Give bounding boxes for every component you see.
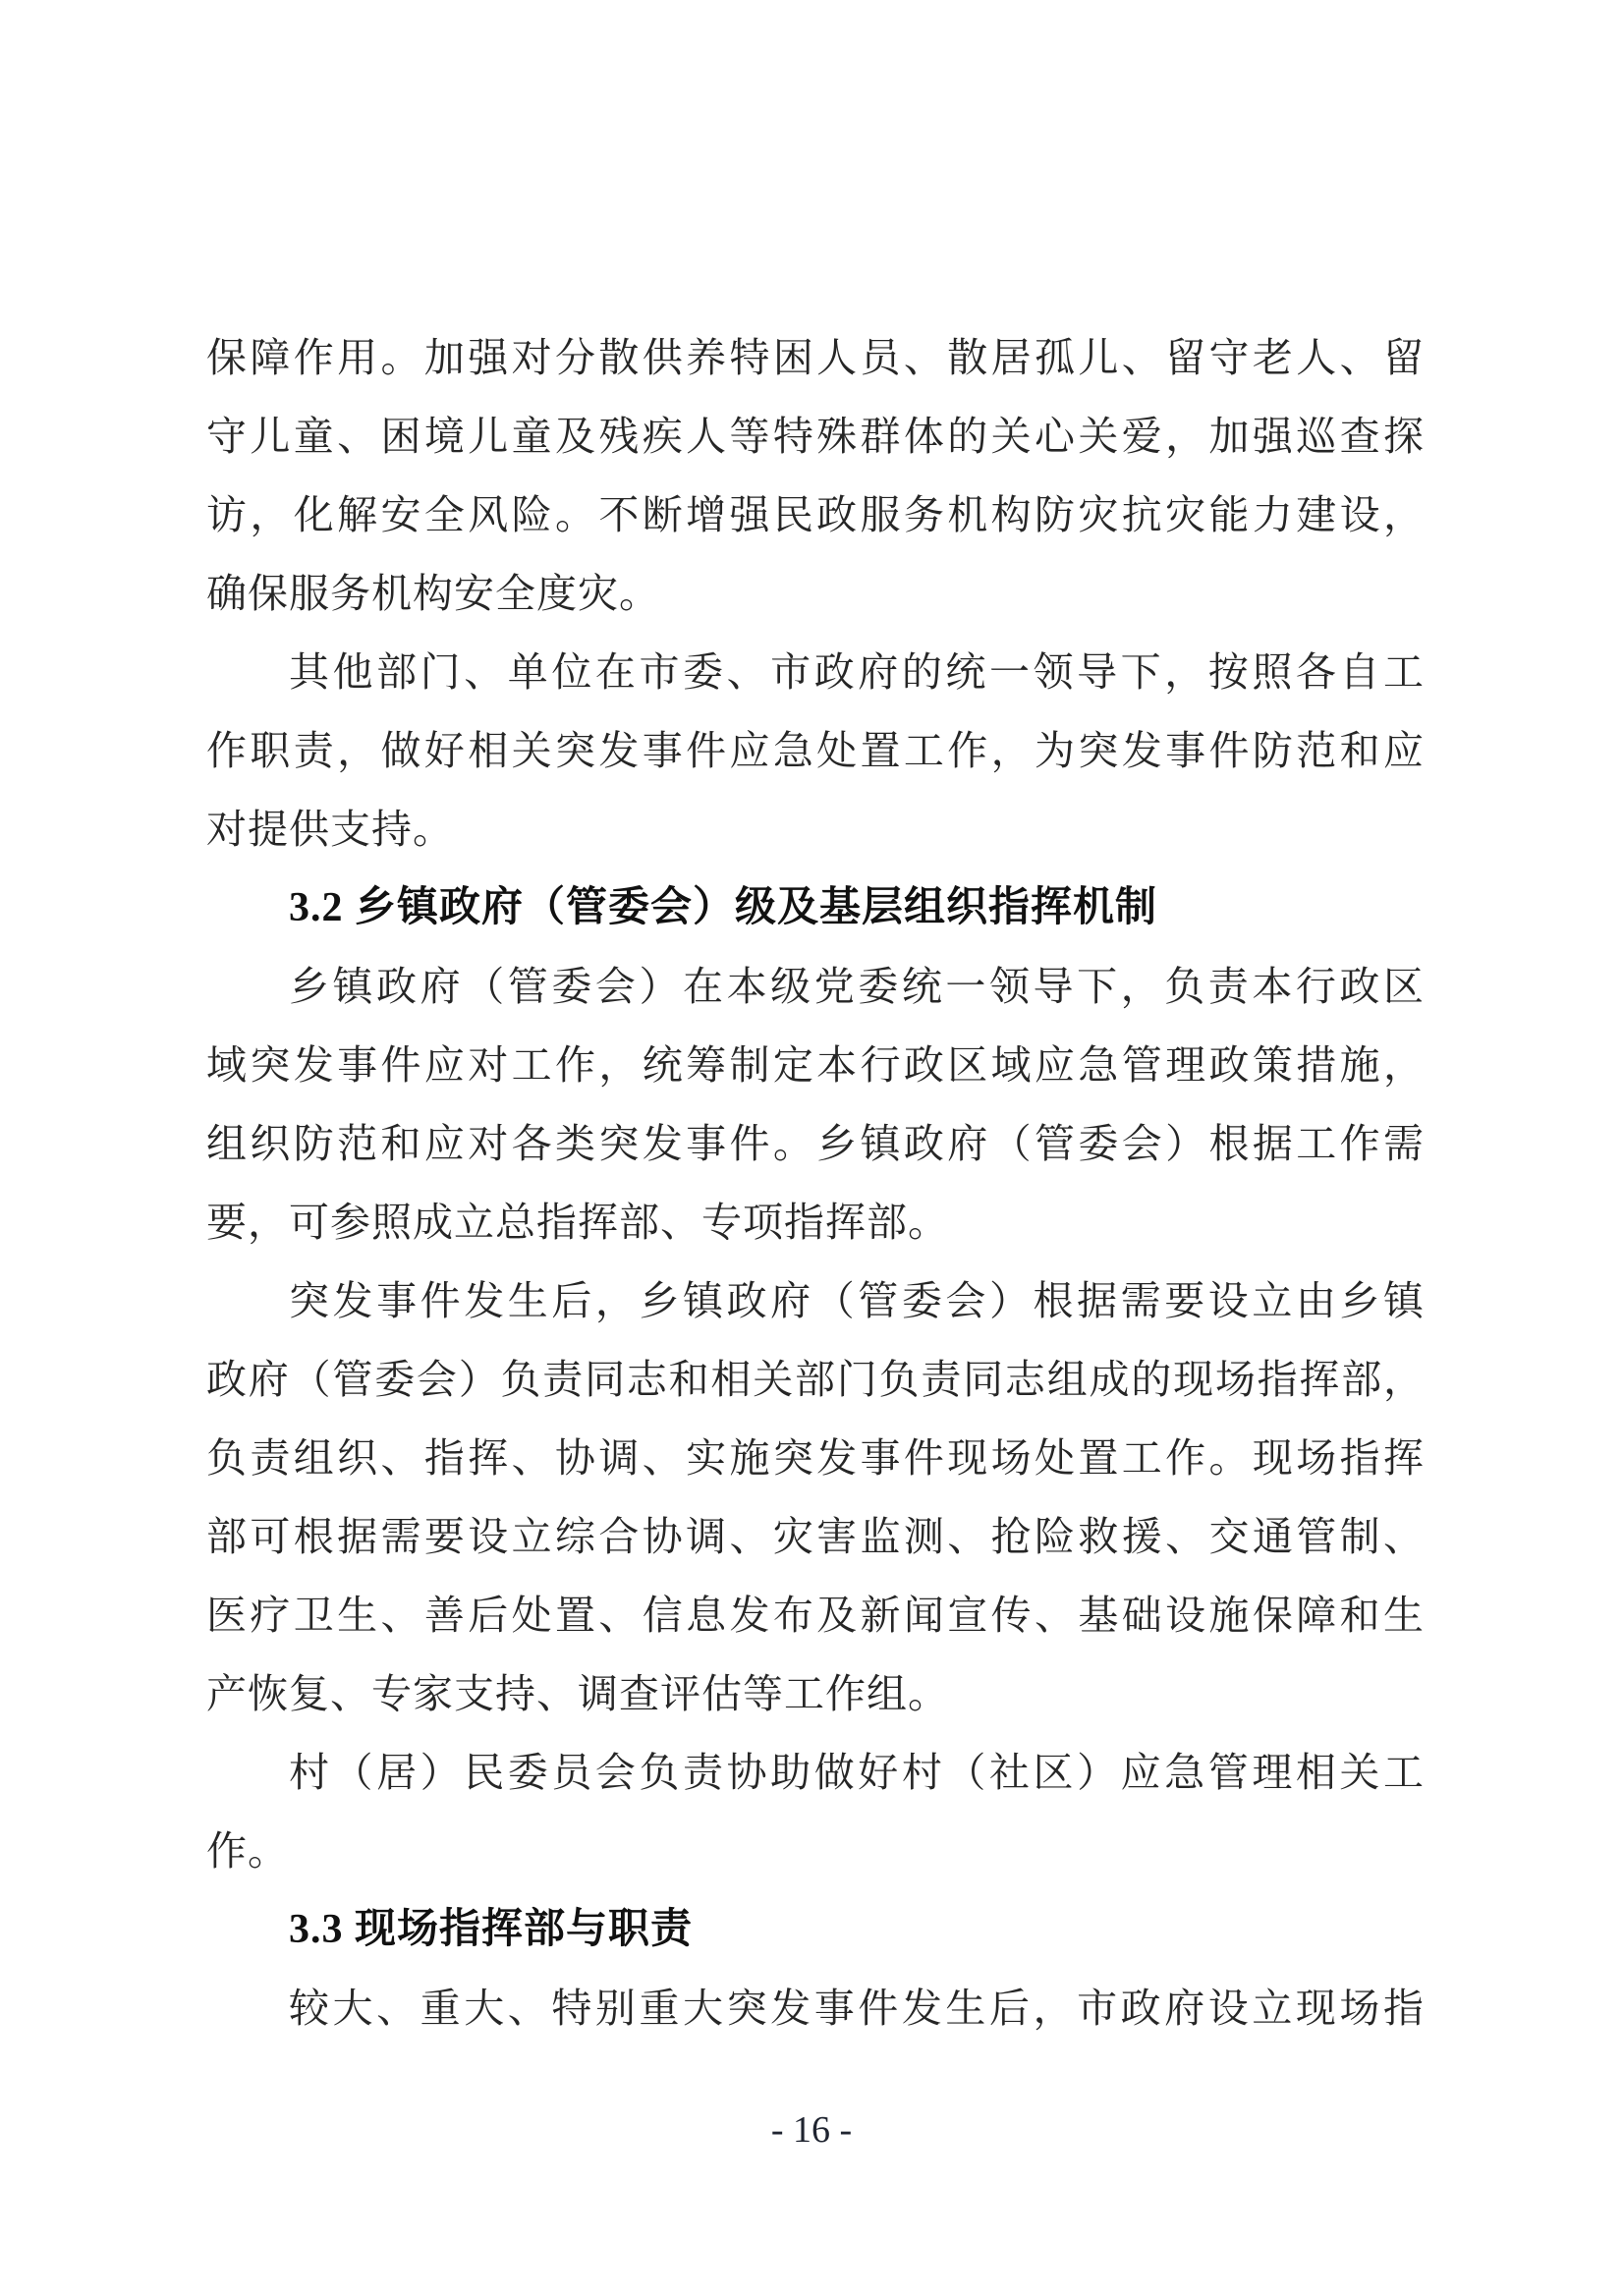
section-heading-3-2: 3.2 乡镇政府（管委会）级及基层组织指挥机制 — [206, 868, 1425, 947]
text-line: 作职责，做好相关突发事件应急处置工作，为突发事件防范和应 — [206, 711, 1425, 790]
text-line: 作。 — [206, 1812, 1425, 1890]
text-line: 保障作用。加强对分散供养特困人员、散居孤儿、留守老人、留 — [206, 318, 1425, 397]
text-line: 政府（管委会）负责同志和相关部门负责同志组成的现场指挥部， — [206, 1340, 1425, 1419]
text-line: 域突发事件应对工作，统筹制定本行政区域应急管理政策措施， — [206, 1026, 1425, 1104]
text-line: 突发事件发生后，乡镇政府（管委会）根据需要设立由乡镇 — [206, 1261, 1425, 1340]
text-line: 其他部门、单位在市委、市政府的统一领导下，按照各自工 — [206, 633, 1425, 711]
text-line: 守儿童、困境儿童及残疾人等特殊群体的关心关爱，加强巡查探 — [206, 397, 1425, 476]
text-line: 访，化解安全风险。不断增强民政服务机构防灾抗灾能力建设， — [206, 476, 1425, 554]
text-line: 较大、重大、特别重大突发事件发生后，市政府设立现场指 — [206, 1969, 1425, 2047]
text-line: 医疗卫生、善后处置、信息发布及新闻宣传、基础设施保障和生 — [206, 1576, 1425, 1654]
text-line: 负责组织、指挥、协调、实施突发事件现场处置工作。现场指挥 — [206, 1419, 1425, 1497]
text-line: 乡镇政府（管委会）在本级党委统一领导下，负责本行政区 — [206, 947, 1425, 1026]
section-heading-3-3: 3.3 现场指挥部与职责 — [206, 1890, 1425, 1969]
text-line: 村（居）民委员会负责协助做好村（社区）应急管理相关工 — [206, 1733, 1425, 1812]
document-page: 保障作用。加强对分散供养特困人员、散居孤儿、留守老人、留 守儿童、困境儿童及残疾… — [0, 0, 1623, 2296]
text-line: 确保服务机构安全度灾。 — [206, 554, 1425, 633]
page-number: - 16 - — [0, 2102, 1623, 2157]
page-content: 保障作用。加强对分散供养特困人员、散居孤儿、留守老人、留 守儿童、困境儿童及残疾… — [206, 318, 1425, 2047]
text-line: 产恢复、专家支持、调查评估等工作组。 — [206, 1654, 1425, 1733]
text-line: 要，可参照成立总指挥部、专项指挥部。 — [206, 1183, 1425, 1261]
text-line: 部可根据需要设立综合协调、灾害监测、抢险救援、交通管制、 — [206, 1497, 1425, 1576]
text-line: 对提供支持。 — [206, 790, 1425, 868]
text-line: 组织防范和应对各类突发事件。乡镇政府（管委会）根据工作需 — [206, 1104, 1425, 1183]
